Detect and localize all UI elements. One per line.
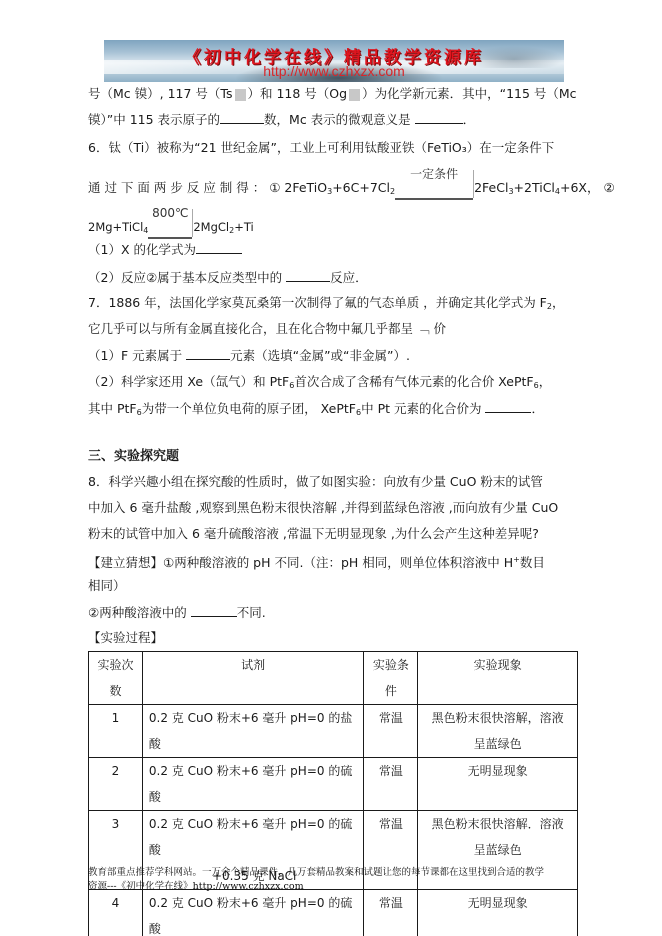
q6-text: 2Mg+TiCl	[88, 220, 143, 234]
q8-text: 【建立猜想】①两种酸溶液的 pH 不同.（注：pH 相同，则单位体积溶液中 H	[88, 555, 513, 570]
og-element-glyph-icon	[349, 89, 360, 101]
q6-text: 反应．	[330, 270, 368, 285]
answer-blank[interactable]	[186, 346, 230, 360]
answer-blank[interactable]	[485, 399, 531, 413]
row-number: 4	[89, 890, 143, 936]
ts-element-glyph-icon	[235, 89, 246, 101]
q5-text: 数，Mc 表示的微观意义是	[264, 112, 411, 127]
q7-text: 7．1886 年，法国化学家莫瓦桑第一次制得了氟的气态单质 ，并确定其化学式为 …	[88, 295, 547, 310]
q8-hypothesis-2: ②两种酸溶液中的 不同.	[88, 603, 266, 623]
header-cell: 实验条件	[364, 652, 418, 705]
q5-text: 号（Mc 镆）, 117 号（Ts	[88, 86, 233, 101]
condition-cell: 常温	[364, 758, 418, 811]
q7-line-2: 它几乎可以与所有金属直接化合，且在化合物中氟几乎都呈 ﹁ 价	[88, 319, 446, 339]
q7-text: ．	[531, 401, 544, 416]
header-banner: 《初中化学在线》精品教学资源库 http://www.czhxzx.com	[104, 40, 564, 82]
table-header-row: 实验次数 试剂 实验条件 实验现象	[89, 652, 578, 705]
q7-text: 中 Pt 元素的化合价为	[361, 401, 481, 416]
q6-text: 2MgCl	[193, 220, 229, 234]
q5-text: ．	[463, 112, 476, 127]
q8-line-3: 粉末的试管中加入 6 毫升硫酸溶液 ,常温下无明显现象 ,为什么会产生这种差异呢…	[88, 524, 539, 544]
q7-text: 其中 PtF	[88, 401, 137, 416]
q6-sub-1: （1）X 的化学式为	[88, 240, 242, 260]
q7-sub-1: （1）F 元素属于 元素（选填“金属”或“非金属”）.	[88, 346, 410, 366]
header-cell: 实验次数	[89, 652, 143, 705]
q6-text: +Ti	[234, 220, 254, 234]
reaction-arrow: 一定条件	[395, 178, 473, 200]
q5-line-1: 号（Mc 镆）, 117 号（Ts）和 118 号（Og）为化学新元素．其中，“…	[88, 84, 577, 104]
q6-text: +6X， ②	[560, 180, 615, 195]
q5-text: 镆）”中 115 表示原子的	[88, 112, 220, 127]
q8-hypothesis-1: 【建立猜想】①两种酸溶液的 pH 不同.（注：pH 相同，则单位体积溶液中 H+…	[88, 550, 545, 573]
footer-line-2: 资源---《初中化学在线》http://www.czhxzx.com	[88, 880, 578, 894]
q6-text: 通 过 下 面 两 步 反 应 制 得 ： ① 2FeTiO	[88, 180, 327, 195]
q8-text: 不同.	[237, 605, 266, 620]
answer-blank[interactable]	[286, 268, 330, 282]
reagent-cell: 0.2 克 CuO 粉末+6 毫升 pH=0 的盐酸	[142, 705, 364, 758]
reaction-arrow: 800℃	[148, 217, 192, 239]
answer-blank[interactable]	[191, 603, 237, 617]
table-row: 2 0.2 克 CuO 粉末+6 毫升 pH=0 的硫酸 常温 无明显现象	[89, 758, 578, 811]
q7-line-1: 7．1886 年，法国化学家莫瓦桑第一次制得了氟的气态单质 ，并确定其化学式为 …	[88, 293, 565, 317]
row-number: 2	[89, 758, 143, 811]
answer-blank[interactable]	[415, 110, 463, 124]
q6-text: +2TiCl	[514, 180, 555, 195]
q6-sub-2: （2）反应②属于基本反应类型中的 反应．	[88, 268, 368, 288]
q8-hypothesis-1-cont: 相同）	[88, 576, 126, 596]
experiment-process-label: 【实验过程】	[88, 628, 163, 648]
result-cell: 无明显现象	[418, 890, 578, 936]
q6-text: +6C+7Cl	[332, 180, 390, 195]
reagent-cell: 0.2 克 CuO 粉末+6 毫升 pH=0 的硫酸	[142, 890, 364, 936]
q7-text: ，	[552, 295, 565, 310]
reagent-cell: 0.2 克 CuO 粉末+6 毫升 pH=0 的硫酸	[142, 758, 364, 811]
row-number: 1	[89, 705, 143, 758]
q7-sub-2-line-2: 其中 PtF6为带一个单位负电荷的原子团， XePtF6中 Pt 元素的化合价为…	[88, 399, 544, 423]
q7-text: ，	[539, 374, 552, 389]
reaction-condition: 800℃	[148, 203, 192, 223]
q7-sub-2-line-1: （2）科学家还用 Xe（氙气）和 PtF6首次合成了含稀有气体元素的化合价 Xe…	[88, 372, 551, 396]
table-row: 1 0.2 克 CuO 粉末+6 毫升 pH=0 的盐酸 常温 黑色粉末很快溶解…	[89, 705, 578, 758]
q5-text: ）为化学新元素．其中，“115 号（Mc	[362, 86, 576, 101]
q8-text: 数目	[520, 555, 545, 570]
reaction-condition: 一定条件	[395, 164, 473, 184]
q7-text: 首次合成了含稀有气体元素的化合价 XePtF	[294, 374, 533, 389]
q8-line-1: 8．科学兴趣小组在探究酸的性质时，做了如图实验：向放有少量 CuO 粉末的试管	[88, 472, 543, 492]
condition-cell: 常温	[364, 890, 418, 936]
banner-url: http://www.czhxzx.com	[104, 63, 564, 79]
result-cell: 无明显现象	[418, 758, 578, 811]
header-cell: 实验现象	[418, 652, 578, 705]
page-footer: 教育部重点推荐学科网站。一万余个精品课件，几万套精品教案和试题让您的每节课都在这…	[88, 866, 578, 894]
q8-text: ②两种酸溶液中的	[88, 605, 187, 620]
q5-text: ）和 118 号（Og	[248, 86, 348, 101]
q6-equation-1: 通 过 下 面 两 步 反 应 制 得 ： ① 2FeTiO3+6C+7Cl2一…	[88, 170, 615, 202]
answer-blank[interactable]	[220, 110, 264, 124]
q6-text: （2）反应②属于基本反应类型中的	[88, 270, 282, 285]
q7-text: 为带一个单位负电荷的原子团， XePtF	[142, 401, 356, 416]
q7-text: （2）科学家还用 Xe（氙气）和 PtF	[88, 374, 289, 389]
answer-blank[interactable]	[196, 240, 242, 254]
q5-line-2: 镆）”中 115 表示原子的数，Mc 表示的微观意义是 ．	[88, 110, 475, 130]
condition-cell: 常温	[364, 705, 418, 758]
table-row: 4 0.2 克 CuO 粉末+6 毫升 pH=0 的硫酸 常温 无明显现象	[89, 890, 578, 936]
q8-line-2: 中加入 6 毫升盐酸 ,观察到黑色粉末很快溶解 ,并得到蓝绿色溶液 ,而向放有少…	[88, 498, 558, 518]
result-cell: 黑色粉末很快溶解，溶液呈蓝绿色	[418, 705, 578, 758]
q6-text: 2FeCl	[474, 180, 508, 195]
section-title: 三、实验探究题	[88, 445, 179, 464]
footer-line-1: 教育部重点推荐学科网站。一万余个精品课件，几万套精品教案和试题让您的每节课都在这…	[88, 866, 578, 880]
q7-text: 元素（选填“金属”或“非金属”）.	[230, 348, 410, 363]
header-cell: 试剂	[142, 652, 364, 705]
q6-line-1: 6．钛（Ti）被称为“21 世纪金属”，工业上可利用钛酸亚铁（FeTiO₃）在一…	[88, 138, 554, 158]
q7-text: （1）F 元素属于	[88, 348, 182, 363]
q6-equation-2: 2Mg+TiCl4800℃ 2MgCl2+Ti	[88, 209, 254, 241]
q6-text: （1）X 的化学式为	[88, 242, 196, 257]
